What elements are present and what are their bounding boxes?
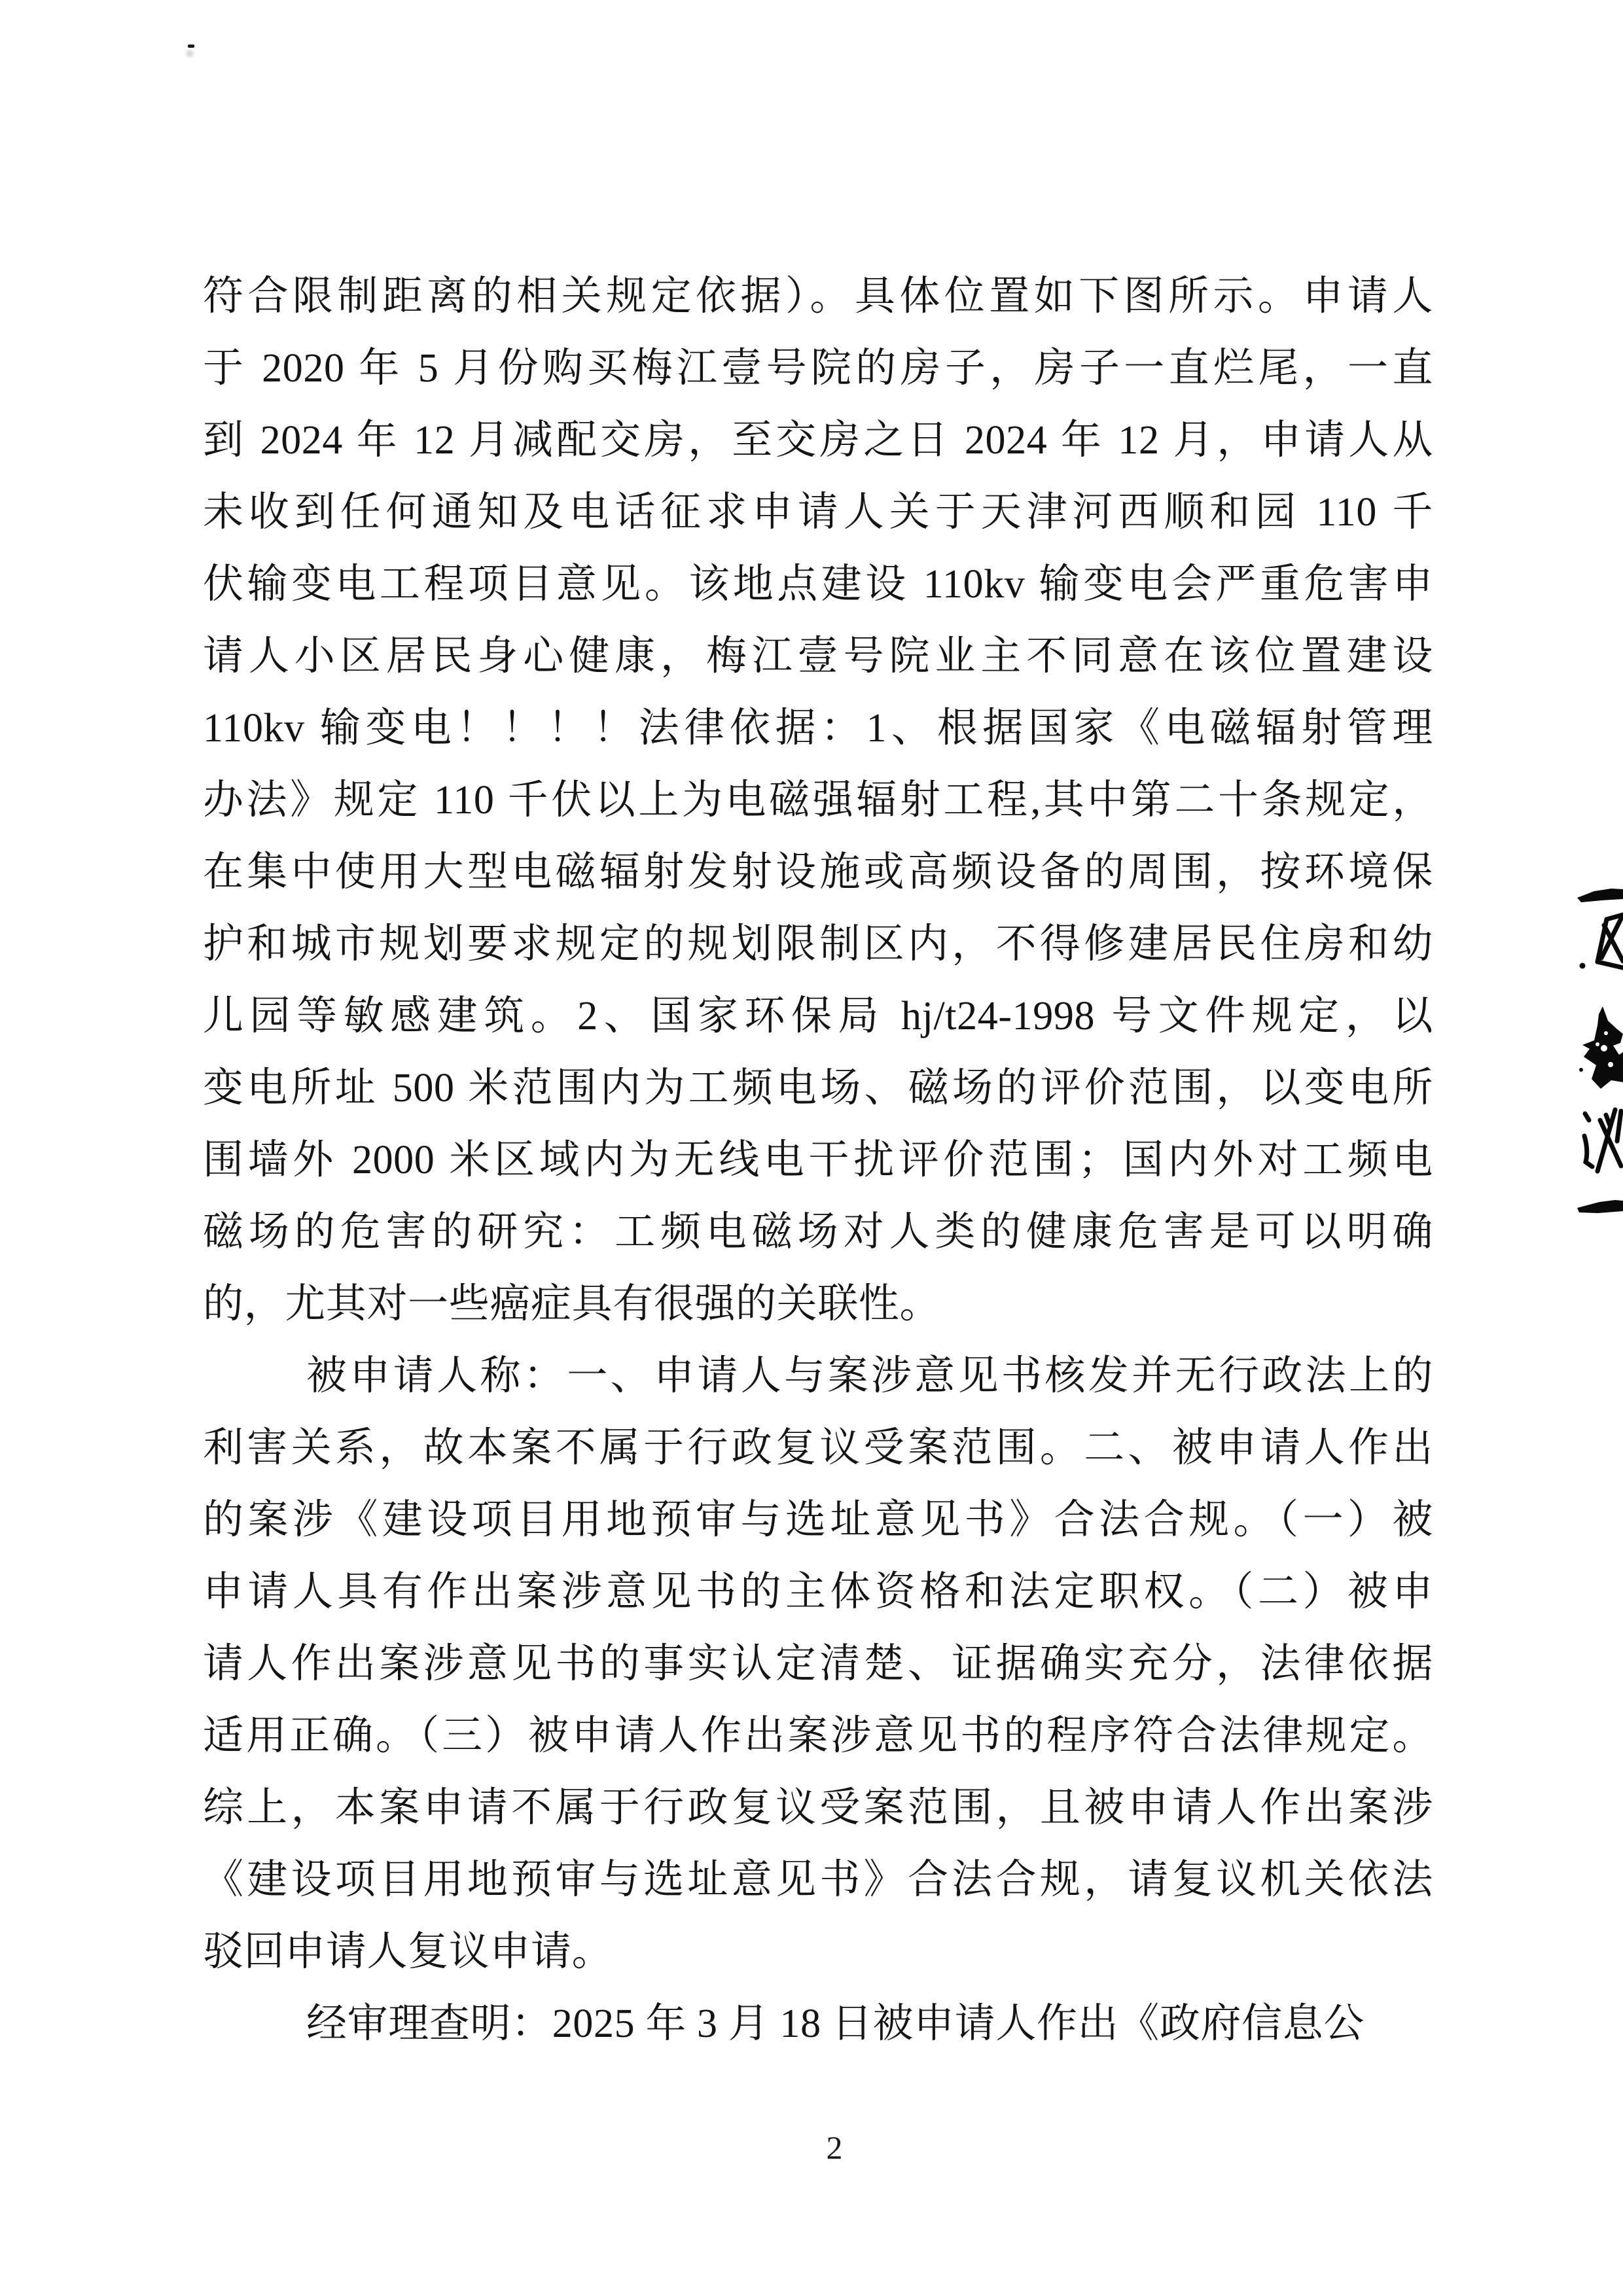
text-line: 申请人具有作出案涉意见书的主体资格和法定职权。（二）被申 bbox=[203, 1556, 1433, 1628]
text-line: 驳回申请人复议申请。 bbox=[203, 1916, 1433, 1988]
text-line: 请人小区居民身心健康，梅江壹号院业主不同意在该位置建设 bbox=[203, 620, 1433, 692]
text-line: 在集中使用大型电磁辐射发射设施或高频设备的周围，按环境保 bbox=[203, 836, 1433, 908]
text-line: 经审理查明：2025 年 3 月 18 日被申请人作出《政府信息公 bbox=[203, 1988, 1433, 2060]
text-line: 伏输变电工程项目意见。该地点建设 110kv 输变电会严重危害申 bbox=[203, 548, 1433, 620]
scan-artifact-dot bbox=[188, 44, 194, 48]
text-line: 变电所址 500 米范围内为工频电场、磁场的评价范围，以变电所 bbox=[203, 1052, 1433, 1124]
text-line: 110kv 输变电！！！！法律依据：1、根据国家《电磁辐射管理 bbox=[203, 692, 1433, 764]
ink-stamp-fragment bbox=[1577, 885, 1623, 1222]
text-line: 围墙外 2000 米区域内为无线电干扰评价范围；国内外对工频电 bbox=[203, 1124, 1433, 1196]
scan-artifact-smudge bbox=[184, 49, 196, 58]
text-line: 未收到任何通知及电话征求申请人关于天津河西顺和园 110 千 bbox=[203, 476, 1433, 548]
stamp-glyph-yi bbox=[1584, 1110, 1621, 1171]
text-line: 儿园等敏感建筑。2、国家环保局 hj/t24-1998 号文件规定，以 bbox=[203, 980, 1433, 1052]
stamp-glyph-qu bbox=[1597, 915, 1623, 968]
text-line: 的，尤其对一些癌症具有很强的关联性。 bbox=[203, 1268, 1433, 1340]
text-line: 被申请人称：一、申请人与案涉意见书核发并无行政法上的 bbox=[203, 1340, 1433, 1412]
text-line: 符合限制距离的相关规定依据）。具体位置如下图所示。申请人 bbox=[203, 260, 1433, 332]
scanned-document-page: 符合限制距离的相关规定依据）。具体位置如下图所示。申请人 于 2020 年 5 … bbox=[0, 0, 1623, 2296]
text-line: 请人作出案涉意见书的事实认定清楚、证据确实充分，法律依据 bbox=[203, 1628, 1433, 1700]
text-line: 办法》规定 110 千伏以上为电磁强辐射工程,其中第二十条规定， bbox=[203, 764, 1433, 836]
text-line: 磁场的危害的研究：工频电磁场对人类的健康危害是可以明确 bbox=[203, 1196, 1433, 1268]
page-number: 2 bbox=[203, 2128, 1466, 2167]
text-line: 利害关系，故本案不属于行政复议受案范围。二、被申请人作出 bbox=[203, 1412, 1433, 1484]
text-line: 护和城市规划要求规定的规划限制区内，不得修建居民住房和幼 bbox=[203, 908, 1433, 980]
text-line: 适用正确。（三）被申请人作出案涉意见书的程序符合法律规定。 bbox=[203, 1700, 1433, 1772]
stamp-ink-dot bbox=[1580, 963, 1586, 969]
stamp-bar-top bbox=[1577, 889, 1623, 902]
text-line: 《建设项目用地预审与选址意见书》合法合规，请复议机关依法 bbox=[203, 1844, 1433, 1916]
document-body: 符合限制距离的相关规定依据）。具体位置如下图所示。申请人 于 2020 年 5 … bbox=[203, 260, 1433, 2060]
stamp-bar-bottom bbox=[1577, 1200, 1623, 1213]
text-line: 于 2020 年 5 月份购买梅江壹号院的房子，房子一直烂尾，一直 bbox=[203, 332, 1433, 404]
text-line: 综上，本案申请不属于行政复议受案范围，且被申请人作出案涉 bbox=[203, 1772, 1433, 1844]
stamp-ink-blob bbox=[1579, 1006, 1623, 1089]
text-line: 到 2024 年 12 月减配交房，至交房之日 2024 年 12 月，申请人从 bbox=[203, 404, 1433, 476]
text-line: 的案涉《建设项目用地预审与选址意见书》合法合规。（一）被 bbox=[203, 1484, 1433, 1556]
